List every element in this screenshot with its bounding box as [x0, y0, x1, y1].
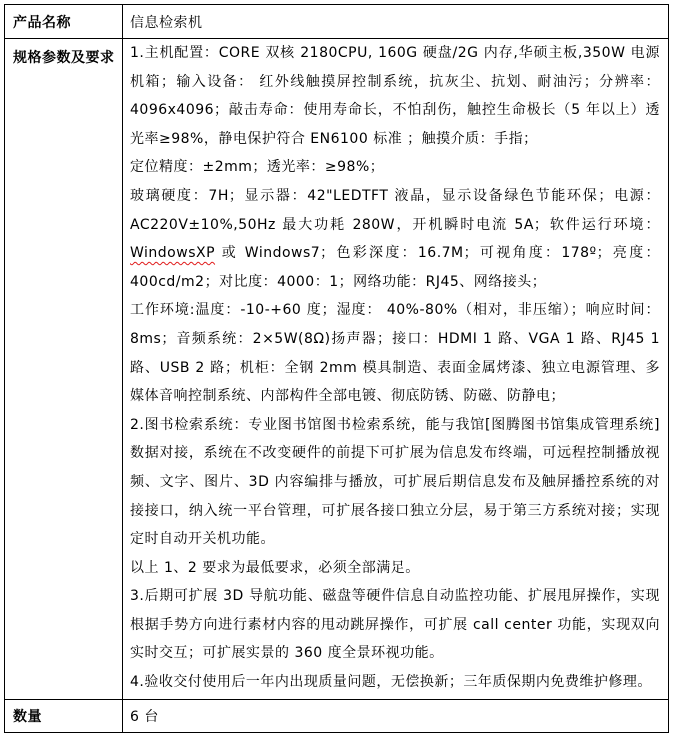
spec-paragraph-host-config: 1.主机配置：CORE 双核 2180CPU, 160G 硬盘/2G 内存,华硕… [130, 39, 660, 153]
quantity-value: 6 台 [123, 700, 668, 732]
spec-paragraph-environment: 工作环境:温度：-10-+60 度；湿度： 40%-80%（相对，非压缩）；响应… [130, 296, 660, 410]
document-page: 产品名称 信息检索机 规格参数及要求 1.主机配置：CORE 双核 2180CP… [0, 0, 673, 704]
spec-paragraph-retrieval-system: 2.图书检索系统：专业图书馆图书检索系统，能与我馆[图腾图书馆集成管理系统]数据… [130, 411, 660, 554]
table-row-product-name: 产品名称 信息检索机 [5, 5, 668, 38]
spec-paragraph-display: 玻璃硬度：7H；显示器：42"LEDTFT 液晶，显示设备绿色节能环保；电源：A… [130, 182, 660, 296]
product-name-value: 信息检索机 [123, 5, 668, 38]
product-spec-table: 产品名称 信息检索机 规格参数及要求 1.主机配置：CORE 双核 2180CP… [4, 4, 669, 733]
spec-label: 规格参数及要求 [5, 39, 123, 699]
spec-paragraph-warranty: 4.验收交付使用后一年内出现质量问题，无偿换新；三年质保期内免费维护修理。 [130, 668, 660, 697]
spec-spellchecked-word: WindowsXP [130, 245, 215, 261]
product-name-label: 产品名称 [5, 5, 123, 38]
spec-paragraph-future-expansion: 3.后期可扩展 3D 导航功能、磁盘等硬件信息自动监控功能、扩展甩屏操作，实现根… [130, 582, 660, 668]
table-row-spec: 规格参数及要求 1.主机配置：CORE 双核 2180CPU, 160G 硬盘/… [5, 38, 668, 699]
spec-display-text-before: 玻璃硬度：7H；显示器：42"LEDTFT 液晶，显示设备绿色节能环保；电源：A… [130, 188, 660, 233]
spec-value: 1.主机配置：CORE 双核 2180CPU, 160G 硬盘/2G 内存,华硕… [123, 39, 668, 699]
spec-paragraph-precision: 定位精度：±2mm；透光率：≥98%； [130, 153, 660, 182]
spec-paragraph-minimum-note: 以上 1、2 要求为最低要求，必须全部满足。 [130, 554, 660, 583]
quantity-label: 数量 [5, 700, 123, 732]
